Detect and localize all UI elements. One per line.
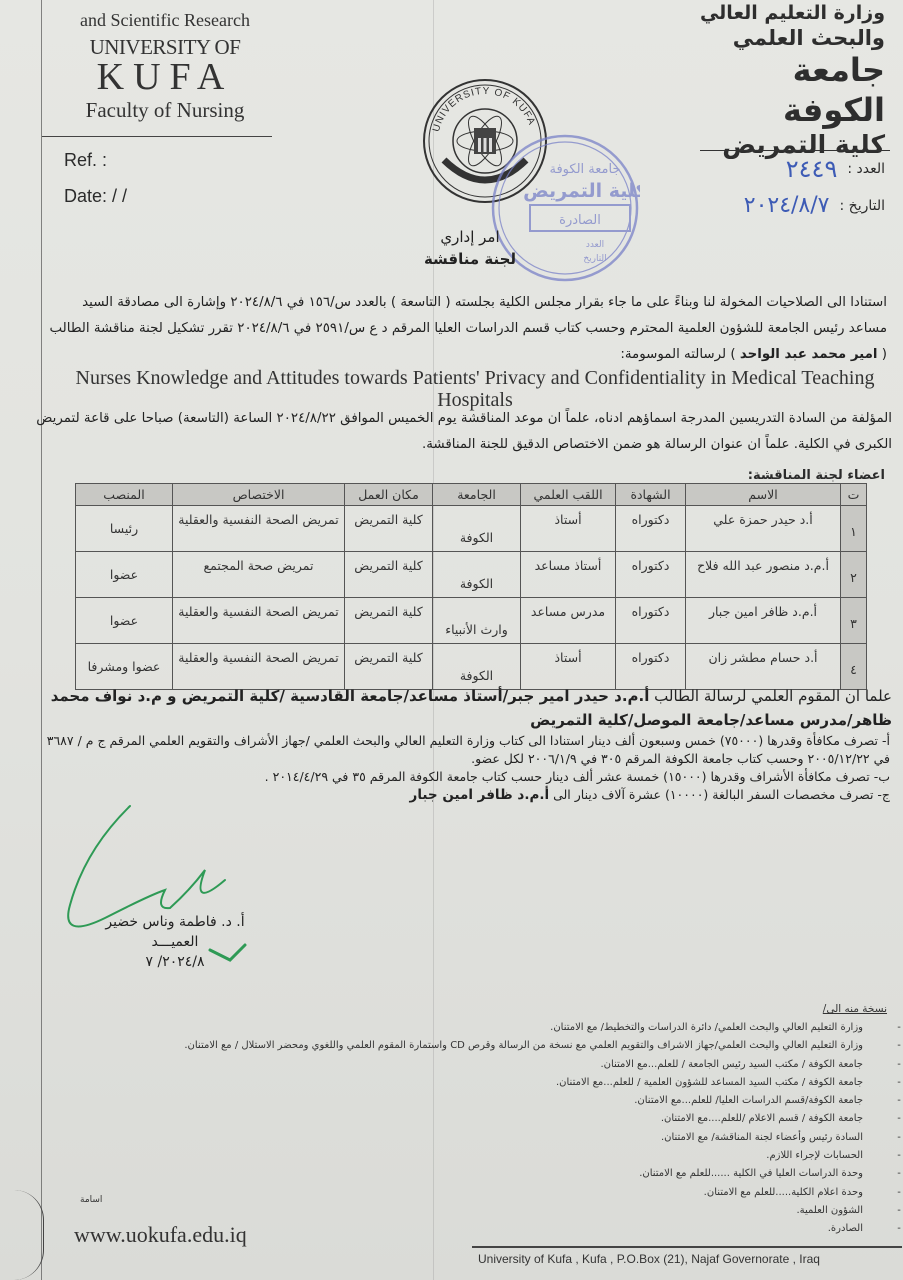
member-university: وارث الأنبياء [433, 598, 521, 644]
col-university: الجامعة [433, 484, 521, 506]
row-index: ٣ [841, 598, 867, 644]
footer-bracket [14, 1190, 44, 1280]
copy-recipient: السادة رئيس وأعضاء لجنة المناقشة/ مع الا… [163, 1129, 863, 1147]
order-heading: امر إداري لجنة مناقشة [380, 228, 560, 268]
evaluators-prefix: علما ان المقوم العلمي لرسالة الطالب [649, 687, 892, 705]
copy-recipient: وزارة التعليم العالي والبحث العلمي/جهاز … [163, 1037, 863, 1055]
university-line-ar: جامعة الكوفة [685, 50, 885, 130]
member-degree: دكتوراه [616, 506, 686, 552]
order-subtitle: لجنة مناقشة [380, 250, 560, 268]
svg-text:العدد: العدد [586, 240, 604, 250]
members-heading: اعضاء لجنة المناقشة: [748, 468, 885, 483]
kufa-line: KUFA [70, 60, 260, 94]
date-label-ar: التاريخ : [839, 198, 885, 214]
website-url[interactable]: www.uokufa.edu.iq [74, 1222, 247, 1248]
footer-address: University of Kufa , Kufa , P.O.Box (21)… [478, 1252, 820, 1266]
document-number: العدد : ٢٤٤٩ [786, 155, 885, 183]
header-divider-right [700, 150, 890, 151]
order-paragraph-2: المؤلفة من السادة التدريسين المدرجة اسما… [30, 406, 892, 458]
paragraph-text: ) لرسالته الموسومة: [620, 347, 740, 362]
col-workplace: مكان العمل [345, 484, 433, 506]
date-value: ٢٠٢٤/٨/٧ [744, 193, 830, 218]
member-specialty: تمريض الصحة النفسية والعقلية [173, 598, 345, 644]
copy-recipient: وحدة اعلام الكلية.....للعلم مع الامتنان. [163, 1184, 863, 1202]
ministry-line-ar: وزارة التعليم العالي [685, 2, 885, 24]
member-position: عضوا [76, 552, 173, 598]
letterhead-english: and Scientific Research UNIVERSITY OF KU… [70, 10, 260, 123]
svg-text:الصادرة: الصادرة [559, 213, 601, 228]
signature-date: ٢٠٢٤/٨/ ٧ [100, 952, 250, 972]
col-specialty: الاختصاص [173, 484, 345, 506]
member-degree: دكتوراه [616, 552, 686, 598]
item-recipient: أ.م.د ظافر امين جبار [410, 787, 550, 803]
member-workplace: كلية التمريض [345, 644, 433, 690]
member-specialty: تمريض صحة المجتمع [173, 552, 345, 598]
member-workplace: كلية التمريض [345, 598, 433, 644]
number-value: ٢٤٤٩ [786, 155, 838, 183]
member-degree: دكتوراه [616, 644, 686, 690]
member-name: أ.م.د منصور عبد الله فلاح [686, 552, 841, 598]
copy-recipient: جامعة الكوفة/قسم الدراسات العليا/ للعلم.… [163, 1092, 863, 1110]
thesis-title: Nurses Knowledge and Attitudes towards P… [60, 367, 890, 411]
copy-recipient: جامعة الكوفة / قسم الاعلام /للعلم....مع … [163, 1110, 863, 1128]
member-specialty: تمريض الصحة النفسية والعقلية [173, 644, 345, 690]
copy-recipient: جامعة الكوفة / مكتب السيد المساعد للشؤون… [163, 1074, 863, 1092]
member-position: عضوا [76, 598, 173, 644]
faculty-line: Faculty of Nursing [70, 98, 260, 123]
header-divider-left [42, 136, 272, 137]
member-name: أ.د حسام مطشر زان [686, 644, 841, 690]
student-name: امير محمد عبد الواحد [740, 347, 878, 362]
member-workplace: كلية التمريض [345, 506, 433, 552]
member-name: أ.د حيدر حمزة علي [686, 506, 841, 552]
table-row: ٣ أ.م.د ظافر امين جبار دكتوراه مدرس مساع… [76, 598, 867, 644]
col-degree: الشهادة [616, 484, 686, 506]
col-index: ت [841, 484, 867, 506]
member-title: أستاذ مساعد [521, 552, 616, 598]
member-degree: دكتوراه [616, 598, 686, 644]
evaluators-paragraph: علما ان المقوم العلمي لرسالة الطالب أ.م.… [30, 684, 892, 732]
col-position: المنصب [76, 484, 173, 506]
member-title: أستاذ [521, 506, 616, 552]
member-university: الكوفة [433, 644, 521, 690]
copy-recipient: وزارة التعليم العالي والبحث العلمي/ دائر… [163, 1019, 863, 1037]
order-paragraph-1: استنادا الى الصلاحيات المخولة لنا وبناءً… [42, 290, 887, 368]
col-name: الاسم [686, 484, 841, 506]
copy-recipient: الشؤون العلمية. [163, 1202, 863, 1220]
typist-initials: اسامة [80, 1195, 102, 1205]
row-index: ٢ [841, 552, 867, 598]
margin-line [41, 0, 42, 1280]
svg-text:التاريخ: التاريخ [583, 254, 606, 264]
payment-item-a: أ- تصرف مكافأة وقدرها (٧٥٠٠٠) خمس وسبعون… [40, 732, 890, 768]
payment-items: أ- تصرف مكافأة وقدرها (٧٥٠٠٠) خمس وسبعون… [40, 732, 890, 804]
table-row: ٢ أ.م.د منصور عبد الله فلاح دكتوراه أستا… [76, 552, 867, 598]
signature-block: أ. د. فاطمة وناس خضير العميـــد ٢٠٢٤/٨/ … [100, 912, 250, 972]
member-position: رئيسا [76, 506, 173, 552]
committee-table: ت الاسم الشهادة اللقب العلمي الجامعة مكا… [75, 483, 867, 690]
table-row: ٤ أ.د حسام مطشر زان دكتوراه أستاذ الكوفة… [76, 644, 867, 690]
member-university: الكوفة [433, 552, 521, 598]
row-index: ١ [841, 506, 867, 552]
document-date: التاريخ : ٢٠٢٤/٨/٧ [744, 193, 885, 218]
ref-label: Ref. : [64, 150, 107, 171]
copy-recipient: وحدة الدراسات العليا في الكلية ......للع… [163, 1165, 863, 1183]
ministry-line: and Scientific Research [70, 10, 260, 31]
col-title: اللقب العلمي [521, 484, 616, 506]
copies-list: نسخة منه الى/ وزارة التعليم العالي والبح… [163, 1003, 863, 1239]
copies-title: نسخة منه الى/ [163, 1003, 887, 1015]
item-text: ج- تصرف مخصصات السفر البالغة (١٠٠٠٠) عشر… [549, 787, 890, 802]
research-line-ar: والبحث العلمي [685, 26, 885, 50]
member-position: عضوا ومشرفا [76, 644, 173, 690]
letterhead-arabic: وزارة التعليم العالي والبحث العلمي جامعة… [685, 2, 885, 159]
member-specialty: تمريض الصحة النفسية والعقلية [173, 506, 345, 552]
date-label: Date: / / [64, 186, 127, 207]
member-title: أستاذ [521, 644, 616, 690]
order-title: امر إداري [380, 228, 560, 246]
copy-recipient: الصادرة. [163, 1220, 863, 1238]
copy-recipient: الحسابات لإجراء اللازم. [163, 1147, 863, 1165]
member-name: أ.م.د ظافر امين جبار [686, 598, 841, 644]
svg-text:كلية التمريض: كلية التمريض [523, 180, 640, 202]
document-page: and Scientific Research UNIVERSITY OF KU… [0, 0, 903, 1280]
dean-role: العميـــد [100, 932, 250, 952]
copy-recipient: جامعة الكوفة / مكتب السيد رئيس الجامعة /… [163, 1056, 863, 1074]
row-index: ٤ [841, 644, 867, 690]
dean-name: أ. د. فاطمة وناس خضير [100, 912, 250, 932]
member-workplace: كلية التمريض [345, 552, 433, 598]
member-title: مدرس مساعد [521, 598, 616, 644]
table-row: ١ أ.د حيدر حمزة علي دكتوراه أستاذ الكوفة… [76, 506, 867, 552]
table-header-row: ت الاسم الشهادة اللقب العلمي الجامعة مكا… [76, 484, 867, 506]
footer-divider [472, 1246, 902, 1248]
member-university: الكوفة [433, 506, 521, 552]
svg-text:جامعة الكوفة: جامعة الكوفة [550, 162, 621, 177]
number-label: العدد : [847, 161, 885, 177]
payment-item-b: ب- تصرف مكافأة الأشراف وقدرها (١٥٠٠٠) خم… [40, 768, 890, 786]
